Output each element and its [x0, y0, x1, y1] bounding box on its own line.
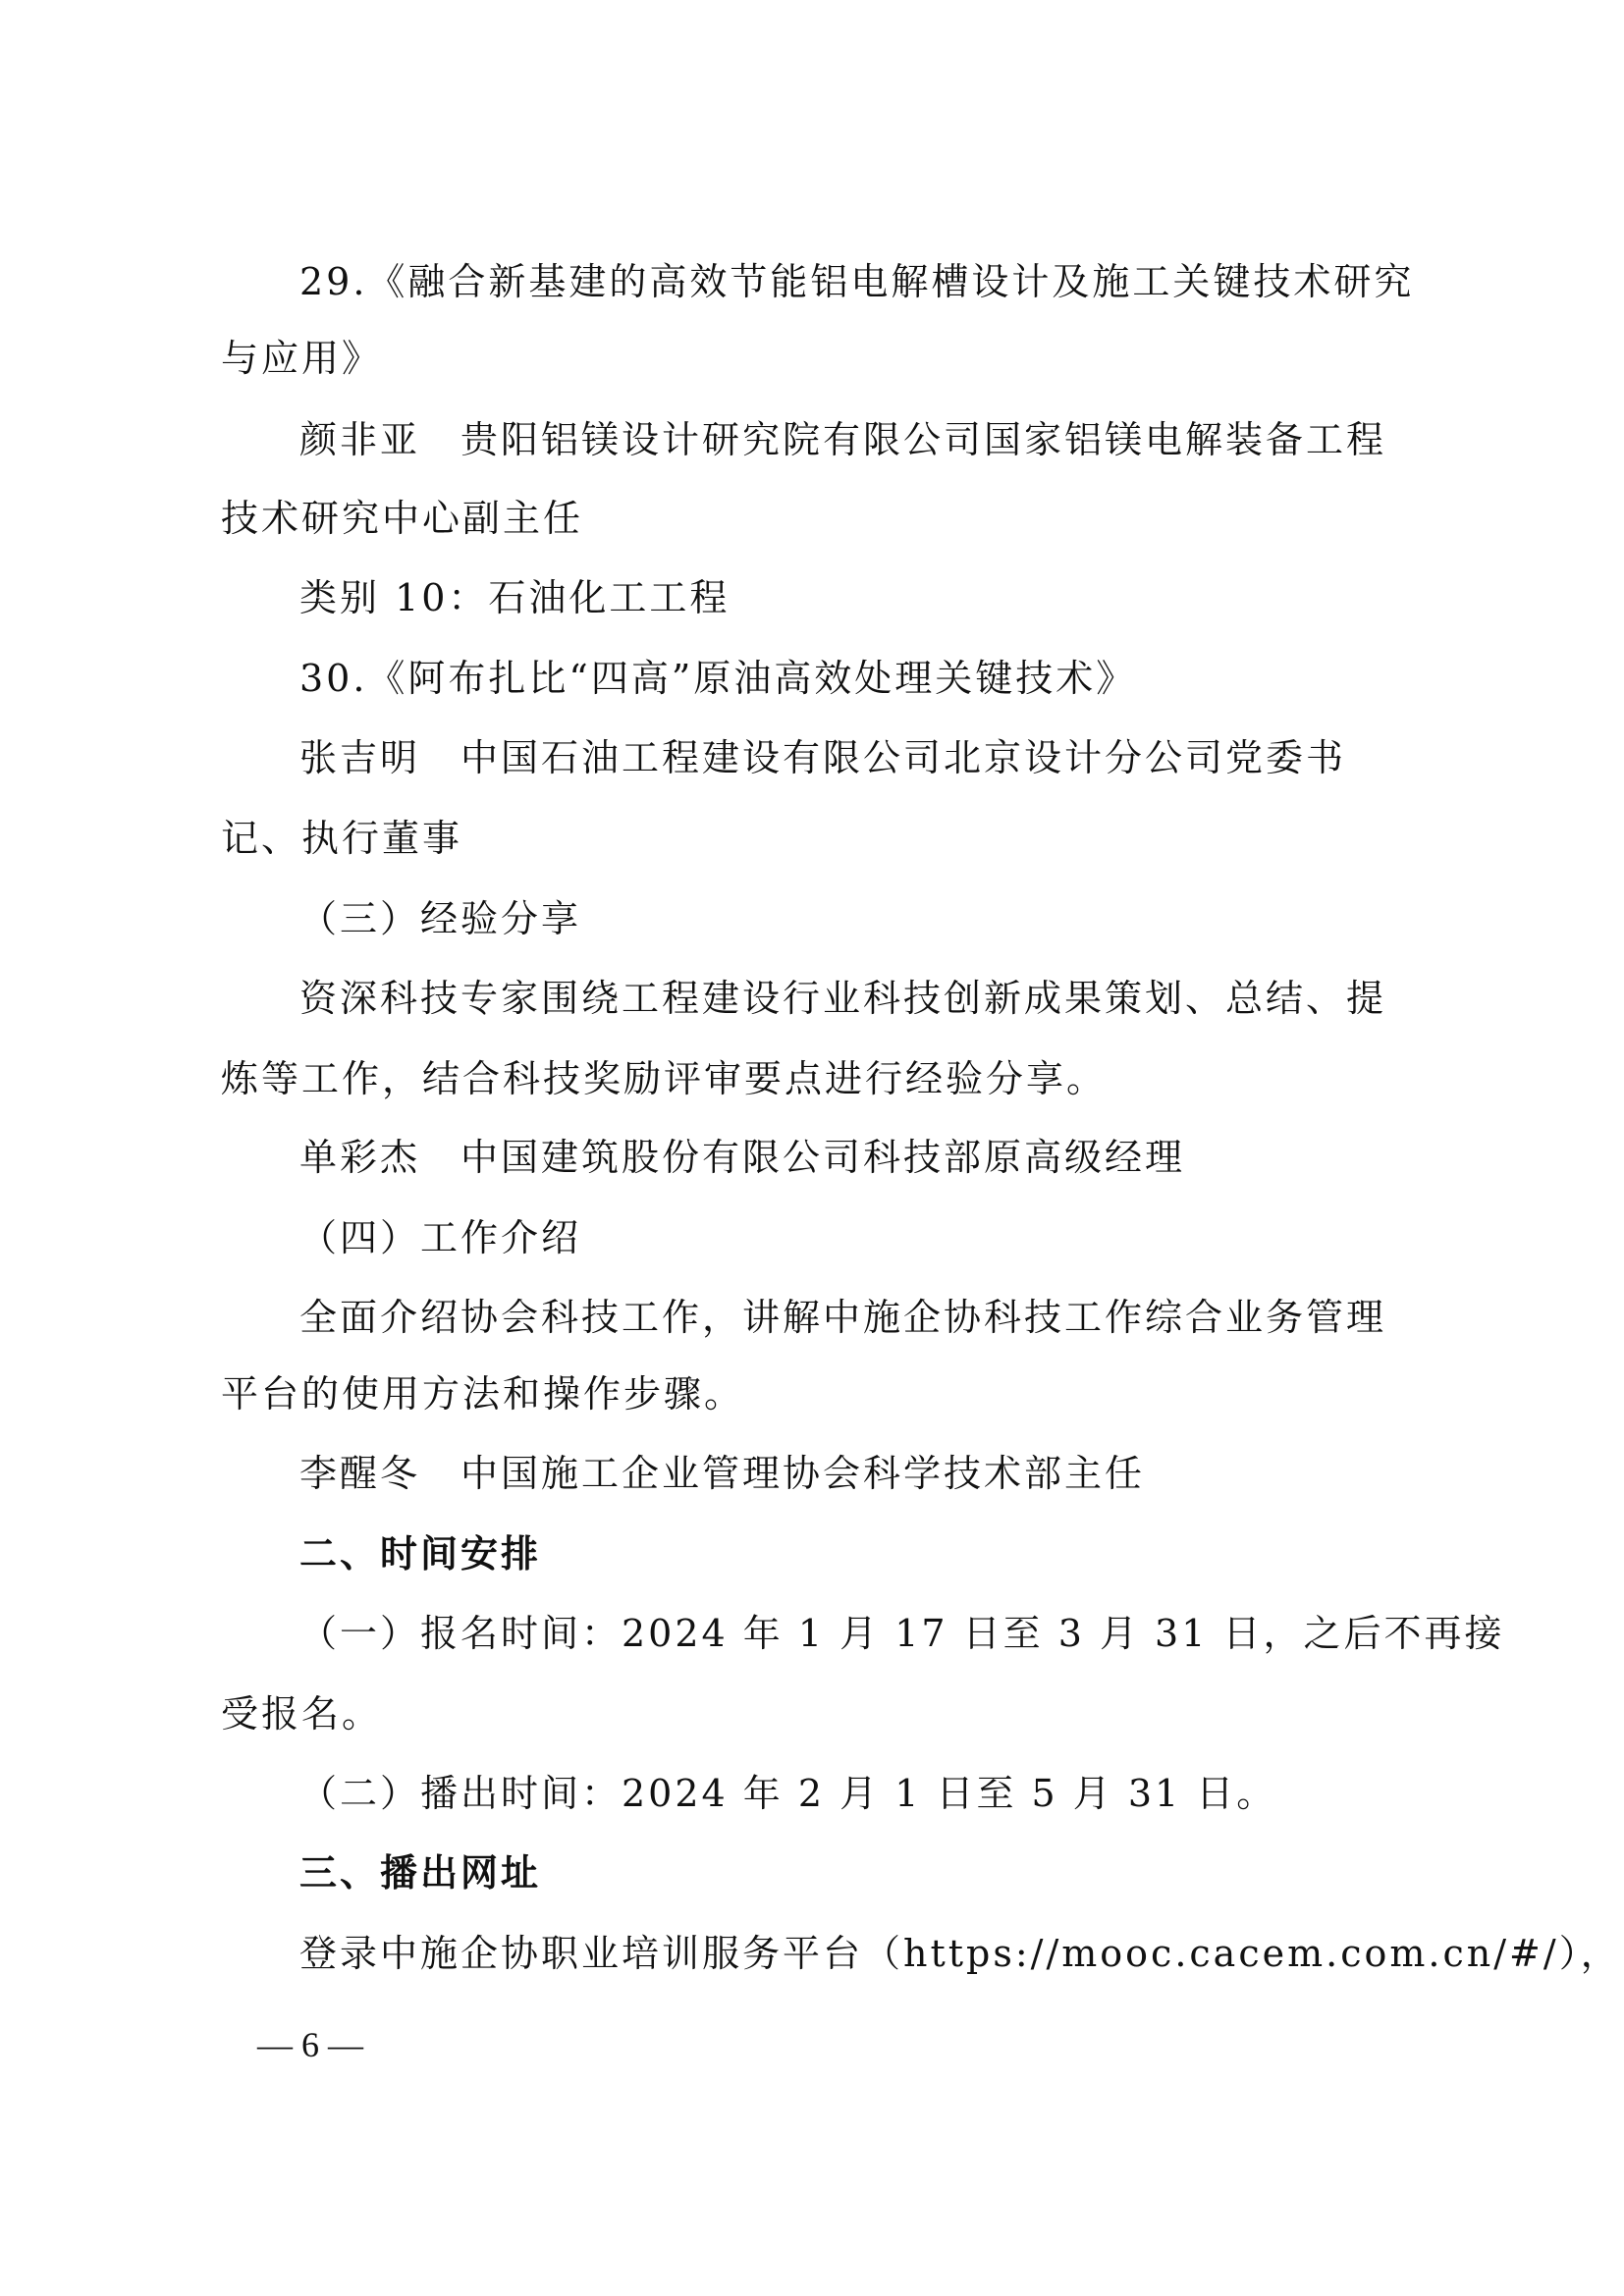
- item-30-author-cont: 记、执行董事: [221, 809, 1409, 868]
- section-2-heading: 二、时间安排: [299, 1524, 1409, 1583]
- subsection-4-speaker: 李醒冬 中国施工企业管理协会科学技术部主任: [299, 1444, 1409, 1503]
- subsection-4-heading: （四）工作介绍: [299, 1208, 1409, 1267]
- broadcast-time: （二）播出时间：2024 年 2 月 1 日至 5 月 31 日。: [299, 1764, 1409, 1823]
- subsection-4-body: 全面介绍协会科技工作，讲解中施企协科技工作综合业务管理: [299, 1288, 1409, 1347]
- category-10-label: 类别 10：石油化工工程: [299, 568, 1409, 627]
- document-page: 29.《融合新基建的高效节能铝电解槽设计及施工关键技术研究 与应用》 颜非亚 贵…: [0, 0, 1624, 2296]
- item-30-title: 30.《阿布扎比“四高”原油高效处理关键技术》: [299, 649, 1409, 708]
- registration-time-cont: 受报名。: [221, 1684, 1409, 1743]
- page-number: — 6 —: [257, 2020, 363, 2069]
- subsection-3-body: 资深科技专家围绕工程建设行业科技创新成果策划、总结、提: [299, 969, 1409, 1028]
- item-29-title-cont: 与应用》: [221, 329, 1409, 388]
- subsection-3-heading: （三）经验分享: [299, 889, 1409, 948]
- registration-time: （一）报名时间：2024 年 1 月 17 日至 3 月 31 日，之后不再接: [299, 1604, 1409, 1663]
- subsection-3-body-cont: 炼等工作，结合科技奖励评审要点进行经验分享。: [221, 1049, 1409, 1108]
- item-30-author: 张吉明 中国石油工程建设有限公司北京设计分公司党委书: [299, 728, 1409, 787]
- section-3-heading: 三、播出网址: [299, 1843, 1409, 1902]
- broadcast-url-line: 登录中施企协职业培训服务平台（https://mooc.cacem.com.cn…: [299, 1924, 1409, 1983]
- subsection-4-body-cont: 平台的使用方法和操作步骤。: [221, 1364, 1409, 1423]
- item-29-author-cont: 技术研究中心副主任: [221, 489, 1409, 548]
- item-29-title: 29.《融合新基建的高效节能铝电解槽设计及施工关键技术研究: [299, 252, 1409, 311]
- subsection-3-speaker: 单彩杰 中国建筑股份有限公司科技部原高级经理: [299, 1128, 1409, 1187]
- item-29-author: 颜非亚 贵阳铝镁设计研究院有限公司国家铝镁电解装备工程: [299, 410, 1409, 469]
